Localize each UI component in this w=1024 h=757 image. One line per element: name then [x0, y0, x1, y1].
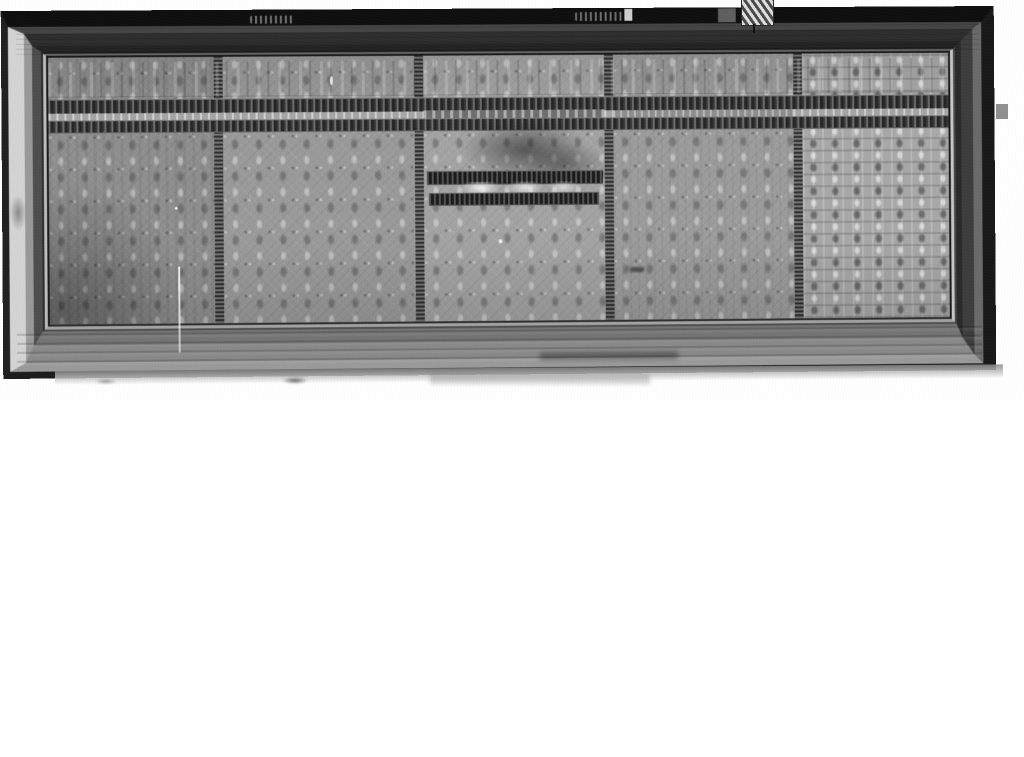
hatched-card-above-frame [742, 0, 773, 25]
framed-textile [1, 6, 996, 379]
photograph [0, 0, 1024, 400]
frame-inner-moulding [32, 41, 963, 346]
frame-bright-bevel [8, 22, 984, 372]
frame-rabbet-seam [46, 51, 952, 327]
white-speck [330, 76, 333, 85]
left-moulding-smudge [7, 189, 29, 237]
textile-field [48, 53, 950, 325]
dark-speck [630, 267, 644, 272]
floor-shadow-strip [430, 374, 650, 384]
floor-smudge [278, 376, 312, 385]
right-edge-notch [996, 104, 1008, 119]
bottom-sill-wear-mark [540, 351, 678, 360]
center-braid-fragment-lower [429, 192, 599, 206]
small-white-tab [624, 9, 632, 21]
floor-smudge [92, 378, 120, 385]
upper-motif-row [48, 58, 948, 98]
white-speck [499, 239, 503, 243]
inscription-mark-left [250, 16, 294, 24]
frame-outer-edge [1, 6, 996, 379]
top-edge-light-patch [718, 8, 736, 22]
frame-mid-moulding [24, 29, 975, 363]
inscription-mark-right [575, 12, 624, 21]
white-speck [175, 207, 178, 210]
card-pin-mark [753, 24, 755, 33]
